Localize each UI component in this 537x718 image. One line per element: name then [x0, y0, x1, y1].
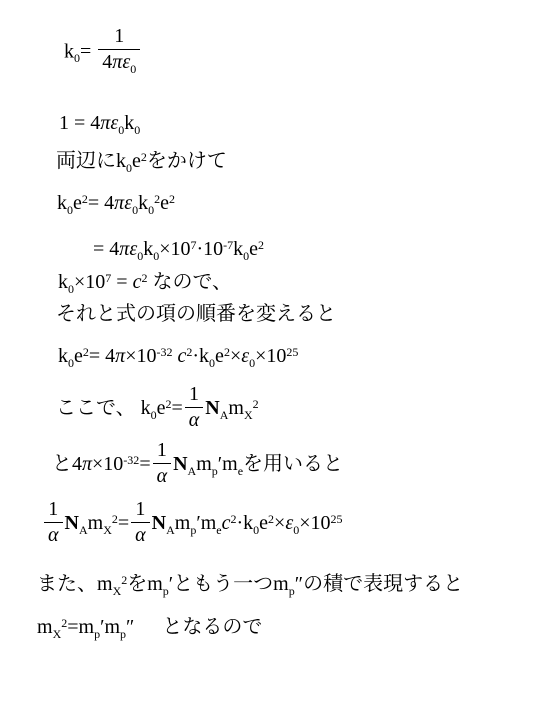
math-token: m: [147, 573, 163, 595]
math-token: 0: [130, 62, 136, 76]
math-token: α: [189, 409, 200, 431]
math-token: N: [173, 453, 187, 475]
fraction-denominator: α: [131, 523, 150, 547]
math-token: A: [79, 523, 88, 537]
math-token: 1 = 4: [59, 112, 100, 134]
math-token: k: [199, 345, 209, 367]
math-token: e: [132, 150, 141, 172]
math-token: k: [124, 112, 134, 134]
fraction-denominator: α: [185, 408, 204, 432]
eq-k0e2-rearranged: k0e2= 4π×10-32 c2·k0e2×ε0×1025: [58, 343, 298, 371]
math-token: m: [201, 512, 217, 534]
fraction: 14πε0: [98, 25, 140, 77]
math-token: k: [116, 150, 126, 172]
math-token: π: [82, 453, 92, 475]
eq-combined: 1αNAmX2=1αNAmp′mec2·k0e2×ε0×1025: [42, 500, 343, 549]
math-token: e: [259, 512, 268, 534]
fraction-numerator: 1: [131, 498, 150, 523]
eq-4pi-identity: と4π×10-32=1αNAmp′meを用いると: [52, 441, 343, 490]
math-token: m: [222, 453, 238, 475]
math-token: X: [244, 408, 253, 422]
math-token: π: [100, 112, 110, 134]
math-token: π: [114, 192, 124, 214]
math-token: m: [273, 573, 289, 595]
math-token: X: [53, 627, 62, 641]
text-rearrange-terms: それと式の項の順番を変えると: [56, 301, 336, 327]
math-token: k: [58, 271, 68, 293]
math-token: 1: [157, 439, 167, 461]
math-token: = 4: [93, 238, 119, 260]
math-token: それと式の項の順番を変えると: [56, 303, 336, 325]
math-token: ε: [241, 345, 249, 367]
text-express-mx2-as-product: また、mX2をmp′ともう一つmp″の積で表現すると: [37, 571, 463, 599]
math-token: =: [172, 397, 183, 419]
math-token: m: [79, 616, 95, 638]
math-token: e: [73, 192, 82, 214]
math-token: 2: [258, 238, 264, 252]
eq-k0e2-step2: = 4πε0k0×107·10-7k0e2: [93, 236, 264, 264]
math-token: -7: [223, 238, 233, 252]
math-token: N: [152, 512, 166, 534]
math-token: ×10: [299, 512, 330, 534]
eq-one-equals-4pi-eps0-k0: 1 = 4πε0k0: [59, 110, 140, 138]
math-token: -32: [123, 453, 139, 467]
math-token: e: [157, 397, 166, 419]
math-token: ×: [230, 345, 241, 367]
math-token: k: [233, 238, 243, 260]
math-token: m: [104, 616, 120, 638]
math-token: ここで、: [56, 397, 141, 419]
math-token: A: [166, 523, 175, 537]
fraction-denominator: α: [153, 464, 172, 488]
math-token: ×10: [255, 345, 286, 367]
fraction-denominator: 4πε0: [98, 50, 140, 77]
math-token: となるので: [162, 616, 262, 638]
math-token: ·10: [196, 238, 223, 260]
math-token: なので、: [147, 271, 232, 293]
eq-mx2-product: mX2=mp′mp″となるので: [37, 614, 262, 642]
fraction: 1α: [131, 498, 150, 547]
math-token: また、: [37, 573, 97, 595]
fraction-numerator: 1: [98, 25, 140, 50]
math-token: e: [249, 238, 258, 260]
math-token: e: [74, 345, 83, 367]
math-token: k: [64, 40, 74, 62]
math-token: ×10: [74, 271, 105, 293]
math-token: =: [118, 512, 129, 534]
math-token: k: [243, 512, 253, 534]
math-token: ″: [126, 616, 134, 638]
math-token: と4: [52, 453, 82, 475]
math-token: k: [138, 192, 148, 214]
math-token: 両辺に: [56, 150, 116, 172]
eq-k0-definition: k0= 14πε0: [64, 27, 142, 79]
math-token: ×10: [125, 345, 156, 367]
math-token: 4: [102, 51, 112, 73]
math-token: π: [119, 238, 129, 260]
math-token: k: [58, 345, 68, 367]
math-token: k: [57, 192, 67, 214]
math-token: =: [139, 453, 150, 475]
math-token: π: [115, 345, 125, 367]
math-token: N: [65, 512, 79, 534]
math-token: ×10: [159, 238, 190, 260]
math-token: X: [113, 584, 122, 598]
math-token: π: [112, 51, 122, 73]
fraction: 1α: [44, 498, 63, 547]
math-token: ε: [124, 192, 132, 214]
math-token: m: [196, 453, 212, 475]
math-token: e: [160, 192, 169, 214]
fraction-numerator: 1: [44, 498, 63, 523]
math-token: m: [175, 512, 191, 534]
eq-k0e2-expanded: k0e2= 4πε0k02e2: [57, 190, 175, 218]
math-token: を用いると: [243, 453, 343, 475]
math-token: 1: [135, 498, 145, 520]
math-token: α: [135, 524, 146, 546]
math-token: 25: [286, 345, 298, 359]
math-token: =: [67, 616, 78, 638]
math-token: N: [205, 397, 219, 419]
math-token: ″: [295, 573, 303, 595]
math-token: m: [228, 397, 244, 419]
math-token: 0: [134, 123, 140, 137]
math-token: 1: [48, 498, 58, 520]
math-token: ×: [274, 512, 285, 534]
fraction-numerator: 1: [185, 383, 204, 408]
math-token: = 4: [88, 192, 114, 214]
math-token: = 4: [89, 345, 115, 367]
eq-k0-times-1e7-equals-c2: k0×107 = c2 なので、: [58, 269, 232, 297]
math-token: ともう一つ: [173, 573, 273, 595]
fraction: 1α: [153, 439, 172, 488]
math-token: 2: [169, 192, 175, 206]
math-token: ×10: [92, 453, 123, 475]
math-token: -32: [156, 345, 172, 359]
math-document-page: k0= 14πε01 = 4πε0k0両辺にk0e2をかけてk0e2= 4πε0…: [0, 0, 537, 718]
text-multiply-both-sides: 両辺にk0e2をかけて: [56, 148, 227, 176]
math-token: 25: [331, 512, 343, 526]
fraction: 1α: [185, 383, 204, 432]
fraction-denominator: α: [44, 523, 63, 547]
eq-kokode-k0e2-alpha: ここで、 k0e2=1αNAmX2: [56, 385, 259, 434]
math-token: α: [48, 524, 59, 546]
math-token: m: [37, 616, 53, 638]
math-token: をかけて: [147, 150, 227, 172]
math-token: =: [80, 40, 96, 62]
math-token: =: [111, 271, 132, 293]
math-token: 1: [114, 25, 124, 47]
math-token: A: [188, 464, 197, 478]
math-token: の積で表現すると: [303, 573, 463, 595]
math-token: X: [103, 523, 112, 537]
fraction-numerator: 1: [153, 439, 172, 464]
math-token: m: [88, 512, 104, 534]
math-token: k: [141, 397, 151, 419]
math-token: を: [127, 573, 147, 595]
math-token: α: [157, 465, 168, 487]
math-token: 2: [253, 397, 259, 411]
math-token: e: [215, 345, 224, 367]
math-token: m: [97, 573, 113, 595]
math-token: k: [143, 238, 153, 260]
math-token: 1: [189, 383, 199, 405]
